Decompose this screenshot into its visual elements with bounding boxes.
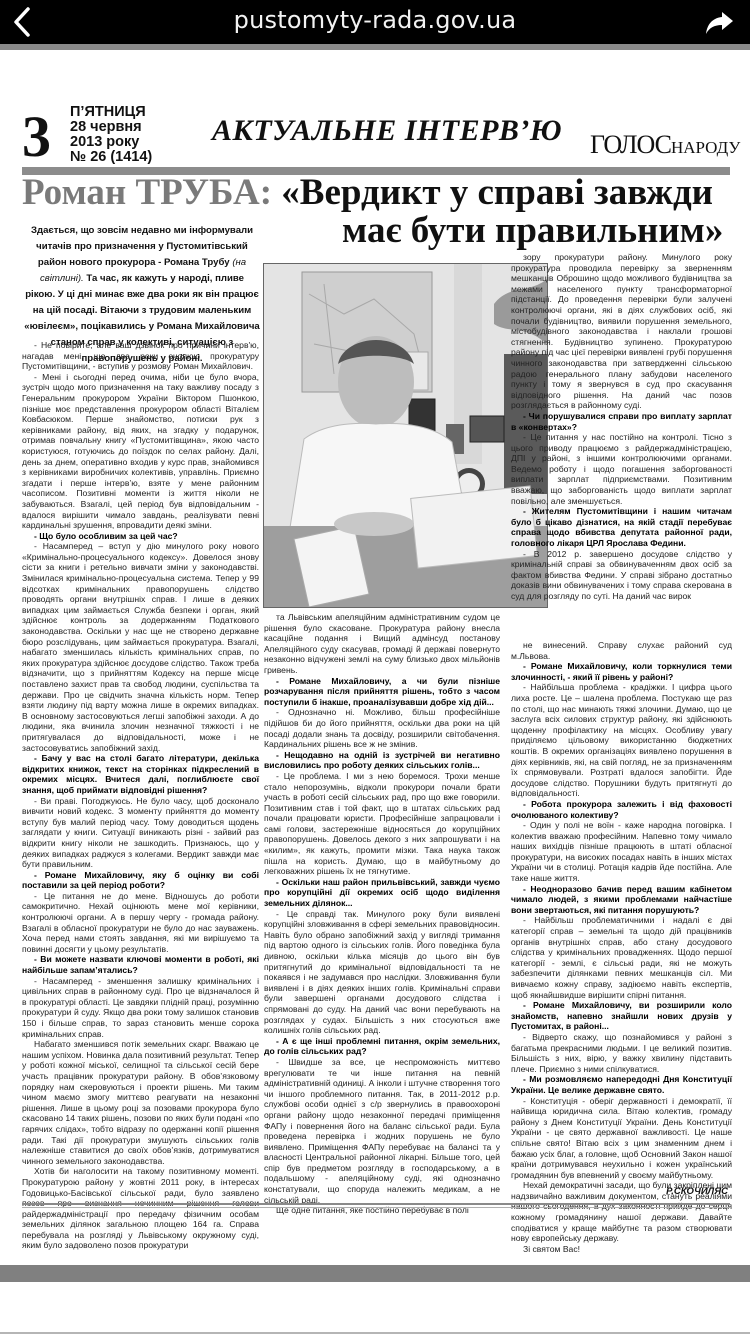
interview-paragraph: - Це питання не до мене. Відношусь до ро… [22, 891, 259, 955]
interview-question: - Ми розмовляємо напередодні Дня Констит… [511, 1074, 732, 1095]
lead-text-1: Здається, що зовсім недавно ми інформува… [31, 225, 253, 268]
logo-sub: НАРОДУ [671, 138, 741, 157]
logo-main: ГОЛОС [590, 130, 671, 159]
interview-paragraph: - Насамперед – вступ у дію минулого року… [22, 541, 259, 753]
interview-question: - Оскільки наш район прильвівський, завж… [264, 877, 500, 909]
address-url[interactable]: pustomyty-rada.gov.ua [0, 6, 750, 34]
article-column-2: та Львівським апеляційним адміністративн… [264, 612, 500, 1216]
headline-quote-1: «Вердикт у справі завжди [272, 172, 713, 213]
interview-paragraph: Набагато зменшився потік земельних скарг… [22, 1039, 259, 1166]
interview-paragraph: - Найбільша проблема - крадіжки. І цифра… [511, 682, 732, 799]
interview-paragraph: - Це питання у нас постійно на контролі.… [511, 432, 732, 506]
interview-question: - Романе Михайловичу, яку б оцінку ви со… [22, 870, 259, 891]
interview-paragraph: - Мені і сьогодні перед очима, ніби це б… [22, 372, 259, 531]
page-separator-bar [0, 1265, 750, 1282]
interview-question: - А є ще інші проблемні питання, окрім з… [264, 1036, 500, 1057]
interview-question: - Бачу у вас на столі багато літератури,… [22, 753, 259, 795]
footer-rule [22, 1203, 730, 1205]
issue-number: № 26 (1414) [70, 150, 152, 165]
date: 28 червня [70, 120, 152, 135]
newspaper-header: 3 П’ЯТНИЦЯ 28 червня 2013 року № 26 (141… [0, 100, 750, 166]
interview-paragraph: та Львівським апеляційним адміністративн… [264, 612, 500, 676]
newspaper-logo: ГОЛОСНАРОДУ [590, 130, 740, 160]
interview-question: - Ви можете назвати ключові моменти в ро… [22, 954, 259, 975]
section-title: АКТУАЛЬНЕ ІНТЕРВ’Ю [212, 114, 562, 148]
footer-rule-thin [22, 1207, 730, 1208]
article-column-3-bottom: не винесений. Справу слухає районий суд … [511, 640, 732, 1254]
article-column-3-top: зору прокуратури району. Минулого року п… [511, 252, 732, 602]
author-signature: Р.СКОЧИЛЯС [666, 1186, 728, 1197]
interview-paragraph: - Конституція - оберіг державності і дем… [511, 1096, 732, 1181]
issue-date-block: П’ЯТНИЦЯ 28 червня 2013 року № 26 (1414) [70, 105, 152, 165]
share-button[interactable] [704, 10, 734, 36]
interview-paragraph: не винесений. Справу слухає районий суд … [511, 640, 732, 661]
toolbar-divider [0, 44, 750, 50]
year: 2013 року [70, 135, 152, 150]
interview-question: - Нещодавно на одній із зустрічей ви нег… [264, 750, 500, 771]
interview-question: - Романе Михайловичу, коли торкнулися те… [511, 661, 732, 682]
interview-paragraph: Хотів би наголосити на такому позитивном… [22, 1166, 259, 1251]
interview-paragraph: - Швидше за все, це неспроможність миттє… [264, 1057, 500, 1205]
interview-paragraph: зору прокуратури району. Минулого року п… [511, 252, 732, 411]
interview-question: - Робота прокурора залежить і від фахово… [511, 799, 732, 820]
interview-paragraph: - Один у полі не воїн - каже народна пог… [511, 820, 732, 884]
browser-top-bar: pustomyty-rada.gov.ua [0, 0, 750, 44]
interview-paragraph: - Це проблема. І ми з нею боремося. Трох… [264, 771, 500, 877]
interview-paragraph: - Це справді так. Минулого року були вия… [264, 909, 500, 1036]
interview-question: - Що було особливим за цей час? [22, 531, 259, 542]
headline-name: Роман ТРУБА: [22, 172, 272, 213]
article-column-1: - Не повірите, але ваш дзвінок про причи… [22, 340, 259, 1251]
share-arrow-icon [704, 10, 734, 36]
interview-paragraph: - Найбільш проблематичними і надалі є дв… [511, 915, 732, 1000]
interview-paragraph: Зі святом Вас! [511, 1244, 732, 1255]
article-photo [263, 263, 548, 608]
interview-paragraph: - Насамперед - зменшення залишку криміна… [22, 976, 259, 1040]
page-number: 3 [22, 108, 51, 166]
headline-quote-2: має бути правильним» [342, 213, 723, 249]
interview-paragraph: - Однозначно ні. Можливо, більш професій… [264, 707, 500, 749]
article-headline: Роман ТРУБА: «Вердикт у справі завжди ма… [22, 175, 734, 211]
interview-question: - Жителям Пустомитівщини і нашим читачам… [511, 506, 732, 548]
interview-paragraph: - Відверто скажу, що познайомився у райо… [511, 1032, 732, 1074]
interview-question: - Романе Михайловичу, ви розширили коло … [511, 1000, 732, 1032]
interview-question: - Чи порушувалися справи про виплату зар… [511, 411, 732, 432]
weekday: П’ЯТНИЦЯ [70, 105, 152, 120]
interview-paragraph: - Ви праві. Погоджуюсь. Не було часу, що… [22, 796, 259, 870]
interview-paragraph: - Не повірите, але ваш дзвінок про причи… [22, 340, 259, 372]
interview-paragraph: - В 2012 р. завершено досудове слідство … [511, 549, 732, 602]
prosecutor-photo-illustration [264, 264, 547, 607]
interview-question: - Романе Михайловичу, а чи були пізніше … [264, 676, 500, 708]
interview-question: - Неодноразово бачив перед вашим кабінет… [511, 884, 732, 916]
